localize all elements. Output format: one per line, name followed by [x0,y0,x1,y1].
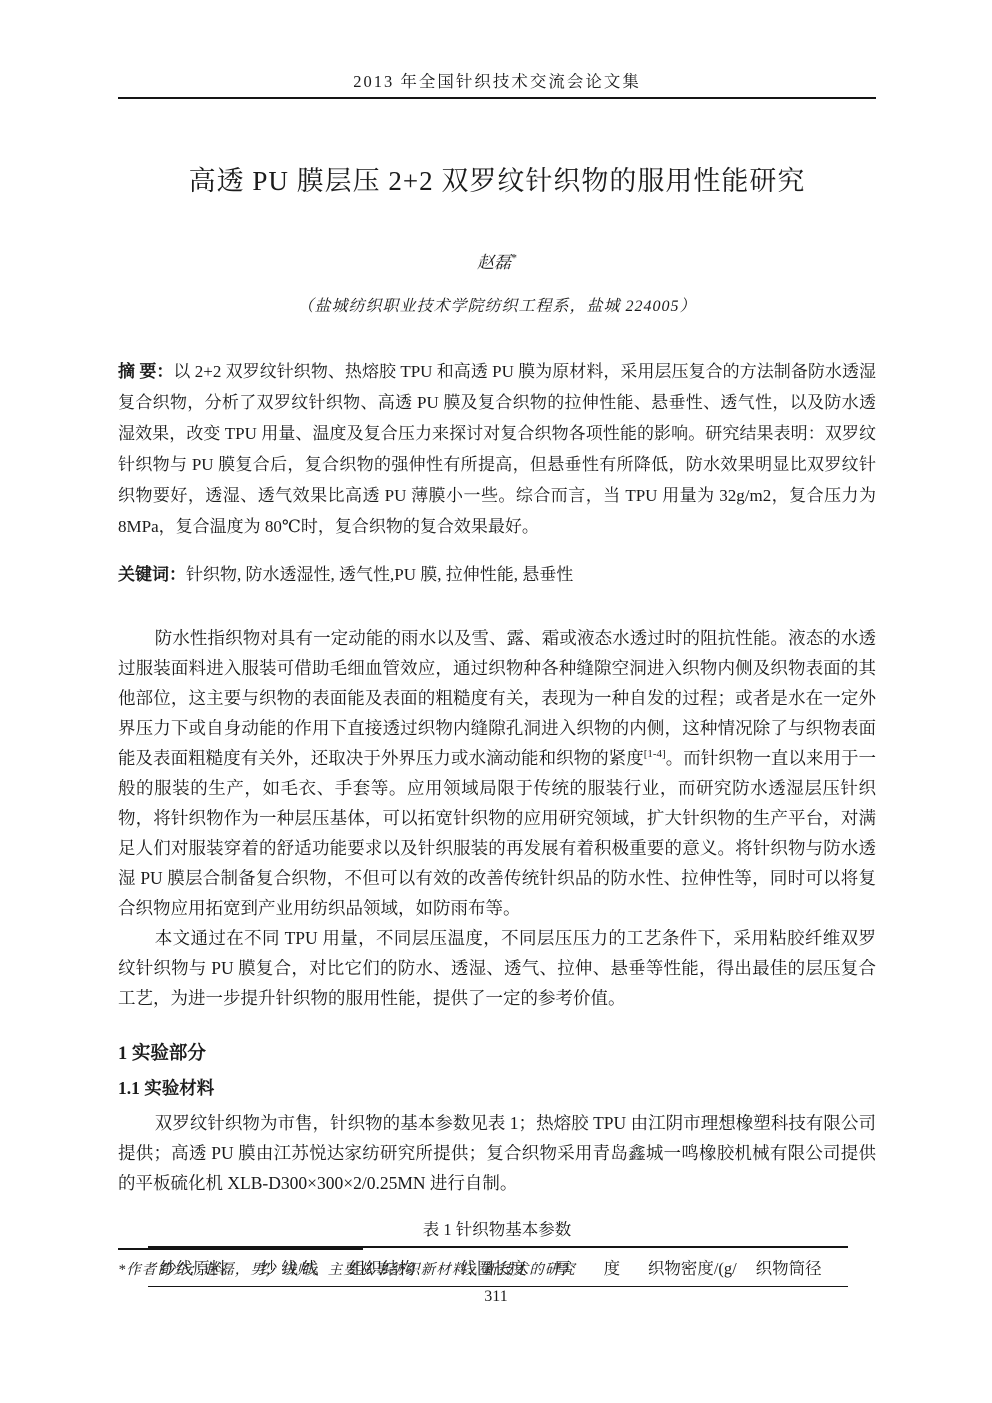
affiliation: （盐城纺织职业技术学院纺织工程系，盐城 224005） [118,293,876,316]
paper-page: 2013 年全国针织技术交流会论文集 高透 PU 膜层压 2+2 双罗纹针织物的… [0,0,992,1403]
citation-reference: [1-4] [644,748,666,760]
body-paragraph-1-continued: 。而针织物一直以来用于一般的服装的生产，如毛衣、手套等。应用领域局限于传统的服装… [118,748,876,918]
abstract-label: 摘 要： [118,362,173,381]
author-footnote-marker: * [511,250,517,264]
body-paragraph-1: 防水性指织物对具有一定动能的雨水以及雪、露、霜或液态水透过时的阻抗性能。液态的水… [118,623,876,923]
footnote-marker: * [118,1262,126,1278]
table-caption: 表 1 针织物基本参数 [118,1216,876,1240]
materials-paragraph: 双罗纹针织物为市售，针织物的基本参数见表 1；热熔胶 TPU 由江阴市理想橡塑科… [118,1108,876,1198]
body-paragraph-2: 本文通过在不同 TPU 用量，不同层压温度，不同层压压力的工艺条件下，采用粘胶纤… [118,923,876,1013]
section-heading-experiment: 1 实验部分 [118,1039,876,1065]
page-title: 高透 PU 膜层压 2+2 双罗纹针织物的服用性能研究 [118,159,876,198]
abstract-paragraph: 摘 要：以 2+2 双罗纹针织物、热熔胶 TPU 和高透 PU 膜为原材料，采用… [118,356,876,542]
keywords-line: 关键词：针织物, 防水透湿性, 透气性,PU 膜, 拉伸性能, 悬垂性 [118,559,876,591]
keywords-text: 针织物, 防水透湿性, 透气性,PU 膜, 拉伸性能, 悬垂性 [186,565,573,584]
author-bio-footnote: *作者简介：赵磊，男，讲师。主要从事纺织新材料、新技术的研究 [118,1258,876,1279]
keywords-label: 关键词： [118,565,186,584]
footnote-block: *作者简介：赵磊，男，讲师。主要从事纺织新材料、新技术的研究 [118,1248,876,1279]
page-number: 311 [0,1288,992,1306]
footnote-text: 作者简介：赵磊，男，讲师。主要从事纺织新材料、新技术的研究 [126,1262,576,1278]
subsection-heading-materials: 1.1 实验材料 [118,1075,876,1100]
running-head: 2013 年全国针织技术交流会论文集 [118,0,876,92]
author-line: 赵磊* [118,248,876,273]
footnote-separator [118,1248,363,1250]
abstract-text: 以 2+2 双罗纹针织物、热熔胶 TPU 和高透 PU 膜为原材料，采用层压复合… [118,362,876,536]
author-name: 赵磊 [477,253,511,272]
header-rule [118,97,876,99]
body-paragraph-1-text: 防水性指织物对具有一定动能的雨水以及雪、露、霜或液态水透过时的阻抗性能。液态的水… [118,628,876,768]
